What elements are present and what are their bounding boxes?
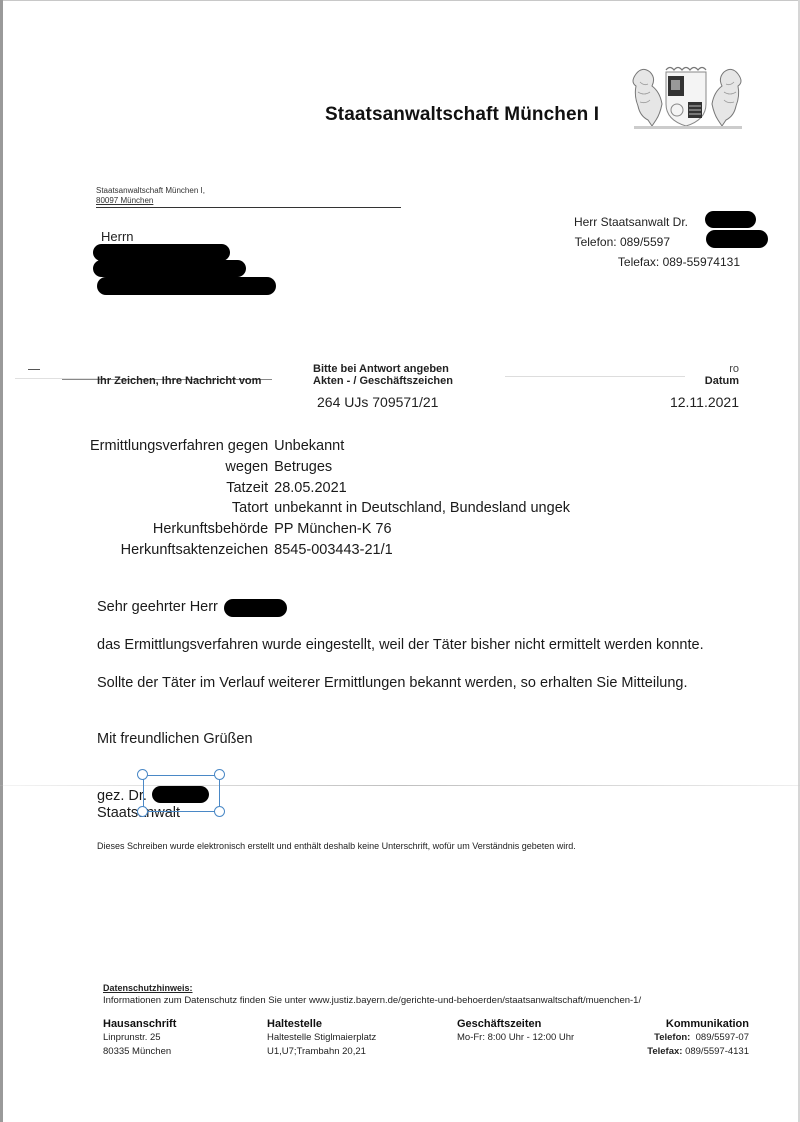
case-detail-row: Herkunftsbehörde PP München-K 76 bbox=[90, 519, 570, 540]
footer-address: Hausanschrift Linprunstr. 25 80335 Münch… bbox=[103, 1017, 176, 1059]
return-address-line2: 80097 München bbox=[96, 196, 205, 206]
resize-handle-top-left[interactable] bbox=[137, 769, 148, 780]
footer-transit: Haltestelle Haltestelle Stiglmaierplatz … bbox=[267, 1017, 376, 1059]
case-detail-value: unbekannt in Deutschland, Bundesland ung… bbox=[274, 498, 570, 519]
return-address-rule bbox=[96, 207, 401, 208]
privacy-text: Informationen zum Datenschutz finden Sie… bbox=[103, 995, 641, 1006]
agency-title: Staatsanwaltschaft München I bbox=[325, 104, 599, 126]
fold-mark bbox=[28, 369, 40, 370]
please-quote-label: Bitte bei Antwort angeben bbox=[313, 363, 449, 375]
case-detail-row: Herkunftsaktenzeichen 8545-003443-21/1 bbox=[90, 540, 570, 561]
footer-phone-label: Telefon: bbox=[654, 1032, 690, 1043]
case-detail-label: Ermittlungsverfahren gegen bbox=[90, 436, 274, 457]
resize-handle-bottom-left[interactable] bbox=[137, 806, 148, 817]
closing: Mit freundlichen Grüßen bbox=[97, 731, 253, 747]
footer-fax: Telefax: 089/5597-4131 bbox=[647, 1045, 749, 1059]
case-detail-value: 8545-003443-21/1 bbox=[274, 540, 570, 561]
case-detail-row: wegen Betruges bbox=[90, 457, 570, 478]
footer-hours: Geschäftszeiten Mo-Fr: 8:00 Uhr - 12:00 … bbox=[457, 1017, 574, 1045]
paragraph-1: das Ermittlungsverfahren wurde eingestel… bbox=[97, 637, 704, 653]
reference-rule-right bbox=[505, 376, 685, 377]
contact-fax: Telefax: 089-55974131 bbox=[574, 252, 740, 272]
greeting: Sehr geehrter Herr bbox=[97, 599, 218, 615]
redacted-official-name bbox=[705, 211, 756, 228]
page-edge-top bbox=[0, 0, 800, 1]
footer-communication: Kommunikation Telefon: 089/5597-07 Telef… bbox=[647, 1017, 749, 1059]
electronic-notice: Dieses Schreiben wurde elektronisch erst… bbox=[97, 841, 576, 851]
redacted-phone-extension bbox=[706, 230, 768, 248]
file-reference-value: 264 UJs 709571/21 bbox=[317, 394, 438, 410]
case-details: Ermittlungsverfahren gegen Unbekannt weg… bbox=[90, 436, 570, 561]
redacted-recipient-name bbox=[93, 244, 230, 261]
footer-transit-line2: U1,U7;Trambahn 20,21 bbox=[267, 1045, 376, 1059]
case-detail-row: Tatort unbekannt in Deutschland, Bundesl… bbox=[90, 498, 570, 519]
file-reference-label: Akten - / Geschäftszeichen bbox=[313, 375, 453, 387]
footer-phone-value: 089/5597-07 bbox=[696, 1032, 749, 1043]
footer-transit-line1: Haltestelle Stiglmaierplatz bbox=[267, 1031, 376, 1045]
case-detail-label: Tatzeit bbox=[90, 478, 274, 499]
footer-phone: Telefon: 089/5597-07 bbox=[647, 1031, 749, 1045]
footer-address-line1: Linprunstr. 25 bbox=[103, 1031, 176, 1045]
privacy-heading: Datenschutzhinweis: bbox=[103, 983, 193, 993]
paragraph-2: Sollte der Täter im Verlauf weiterer Erm… bbox=[97, 675, 688, 691]
footer-address-heading: Hausanschrift bbox=[103, 1017, 176, 1031]
case-detail-row: Ermittlungsverfahren gegen Unbekannt bbox=[90, 436, 570, 457]
footer-address-line2: 80335 München bbox=[103, 1045, 176, 1059]
footer-communication-heading: Kommunikation bbox=[647, 1017, 749, 1031]
case-detail-value: PP München-K 76 bbox=[274, 519, 570, 540]
return-address: Staatsanwaltschaft München I, 80097 Münc… bbox=[96, 186, 205, 206]
resize-handle-bottom-right[interactable] bbox=[214, 806, 225, 817]
bavarian-coat-of-arms-icon bbox=[628, 62, 746, 132]
footer-fax-value: 089/5597-4131 bbox=[685, 1046, 749, 1057]
resize-handle-top-right[interactable] bbox=[214, 769, 225, 780]
redacted-recipient-city bbox=[97, 277, 276, 295]
selection-box[interactable] bbox=[143, 775, 220, 812]
case-detail-value: 28.05.2021 bbox=[274, 478, 570, 499]
scan-artifact-line bbox=[0, 785, 800, 786]
footer-fax-label: Telefax: bbox=[647, 1046, 682, 1057]
date-prefix: ro bbox=[729, 363, 739, 375]
case-detail-value: Unbekannt bbox=[274, 436, 570, 457]
footer-hours-heading: Geschäftszeiten bbox=[457, 1017, 574, 1031]
date-label: Datum bbox=[705, 375, 739, 387]
case-detail-label: Herkunftsbehörde bbox=[90, 519, 274, 540]
case-detail-label: Tatort bbox=[90, 498, 274, 519]
footer-transit-heading: Haltestelle bbox=[267, 1017, 376, 1031]
return-address-line1: Staatsanwaltschaft München I, bbox=[96, 186, 205, 196]
signed-prefix: gez. Dr. bbox=[97, 788, 147, 804]
page-edge-left bbox=[0, 0, 3, 1122]
redacted-greeting-name bbox=[224, 599, 287, 617]
redacted-recipient-street bbox=[93, 260, 246, 277]
footer-hours-line1: Mo-Fr: 8:00 Uhr - 12:00 Uhr bbox=[457, 1031, 574, 1045]
recipient-salutation: Herrn bbox=[101, 229, 134, 244]
case-detail-label: wegen bbox=[90, 457, 274, 478]
case-detail-label: Herkunftsaktenzeichen bbox=[90, 540, 274, 561]
date-value: 12.11.2021 bbox=[670, 394, 739, 410]
your-reference-label: Ihr Zeichen, Ihre Nachricht vom bbox=[97, 375, 261, 387]
case-detail-row: Tatzeit 28.05.2021 bbox=[90, 478, 570, 499]
case-detail-value: Betruges bbox=[274, 457, 570, 478]
